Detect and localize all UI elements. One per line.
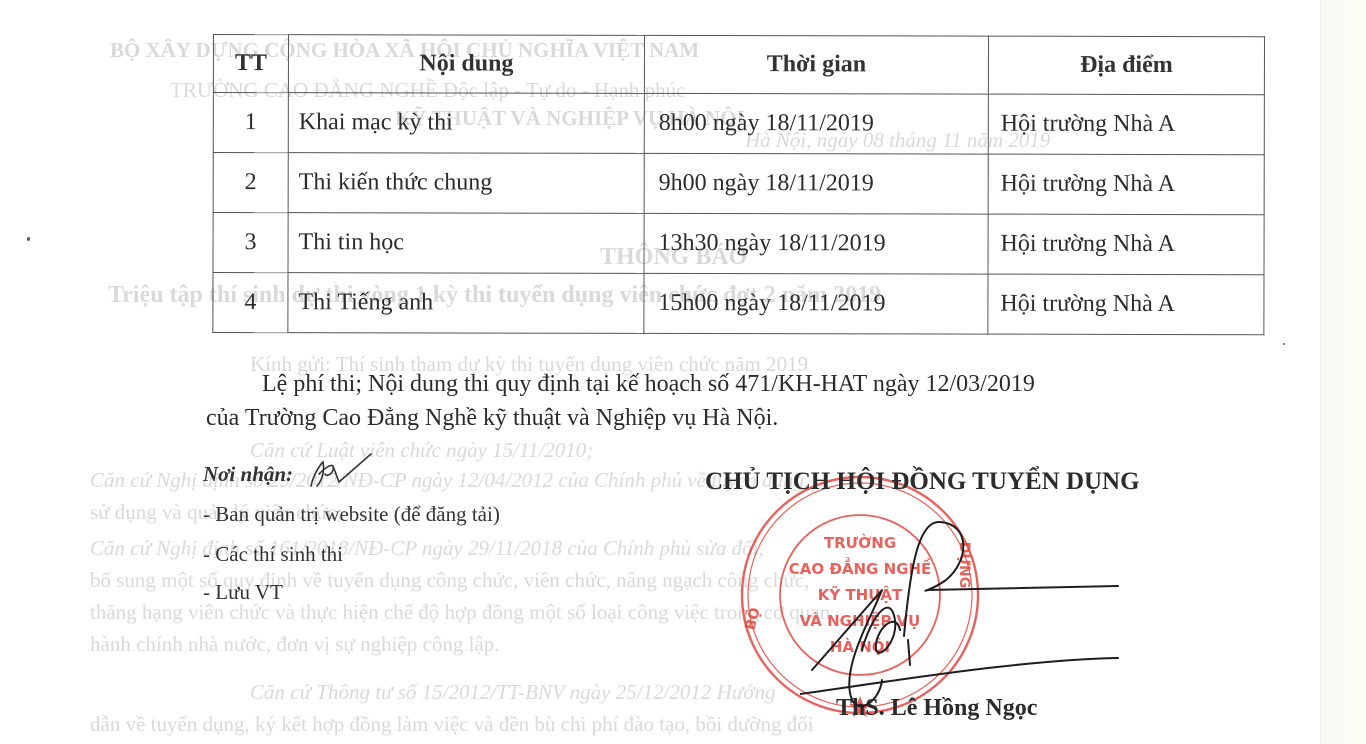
recipient-item: - Ban quản trị website (để đăng tải) xyxy=(203,502,500,527)
table-row: 1 Khai mạc kỳ thi 8h00 ngày 18/11/2019 H… xyxy=(213,93,1264,155)
cell-location: Hội trường Nhà A xyxy=(988,214,1264,275)
cell-time: 8h00 ngày 18/11/2019 xyxy=(644,93,988,154)
cell-location: Hội trường Nhà A xyxy=(988,94,1264,155)
cell-tt: 1 xyxy=(213,93,288,153)
table-header-row: TT Nội dung Thời gian Địa điểm xyxy=(213,35,1264,95)
ghost-line: hành chính nhà nước, đơn vị sự nghiệp cô… xyxy=(90,632,499,657)
recipient-item: - Lưu VT xyxy=(203,580,283,605)
scan-edge-strip xyxy=(1320,0,1366,744)
cell-tt: 3 xyxy=(213,213,288,273)
table-row: 3 Thi tin học 13h30 ngày 18/11/2019 Hội … xyxy=(213,213,1264,275)
header-content: Nội dung xyxy=(288,35,644,94)
cell-time: 9h00 ngày 18/11/2019 xyxy=(644,153,988,214)
cell-content: Thi tin học xyxy=(288,213,644,274)
cell-tt: 2 xyxy=(213,153,288,213)
ghost-line: Căn cứ Nghị định số 29/2012/NĐ-CP ngày 1… xyxy=(90,468,809,493)
table-row: 2 Thi kiến thức chung 9h00 ngày 18/11/20… xyxy=(213,153,1264,215)
ghost-line: dẫn về tuyển dụng, ký kết hợp đồng làm v… xyxy=(90,712,814,737)
scan-speck xyxy=(27,237,30,241)
cell-content: Thi Tiếng anh xyxy=(288,273,644,334)
header-location: Địa điểm xyxy=(988,36,1264,95)
signer-title: CHỦ TỊCH HỘI ĐỒNG TUYỂN DỤNG xyxy=(705,468,1140,496)
recipients-title: Nơi nhận: xyxy=(203,462,293,487)
initials-mark-icon xyxy=(305,452,375,492)
cell-location: Hội trường Nhà A xyxy=(988,154,1264,215)
fee-note-line-1: Lệ phí thi; Nội dung thi quy định tại kế… xyxy=(262,371,1035,398)
recipient-item: - Các thí sinh thi xyxy=(203,542,343,567)
table-row: 4 Thi Tiếng anh 15h00 ngày 18/11/2019 Hộ… xyxy=(213,273,1264,335)
cell-tt: 4 xyxy=(213,273,288,333)
cell-content: Khai mạc kỳ thi xyxy=(288,93,644,154)
ghost-line: thăng hạng viên chức và thực hiện chế độ… xyxy=(90,600,830,625)
cell-content: Thi kiến thức chung xyxy=(288,153,644,214)
cell-time: 15h00 ngày 18/11/2019 xyxy=(644,273,988,334)
ghost-line: Căn cứ Luật viên chức ngày 15/11/2010; xyxy=(250,438,593,463)
header-tt: TT xyxy=(213,35,288,93)
fee-note-line-2: của Trường Cao Đẳng Nghề kỹ thuật và Ngh… xyxy=(206,405,778,432)
scan-speck xyxy=(1283,343,1285,345)
ghost-line: Căn cứ Nghị định số 161/2018/NĐ-CP ngày … xyxy=(90,536,764,561)
ghost-line: Căn cứ Thông tư số 15/2012/TT-BNV ngày 2… xyxy=(250,680,775,705)
header-time: Thời gian xyxy=(644,35,988,94)
exam-schedule-table: TT Nội dung Thời gian Địa điểm 1 Khai mạ… xyxy=(212,34,1265,335)
cell-time: 13h30 ngày 18/11/2019 xyxy=(644,213,988,274)
cell-location: Hội trường Nhà A xyxy=(988,274,1264,335)
ghost-line: bổ sung một số quy định về tuyển dụng cô… xyxy=(90,568,809,593)
handwritten-signature-icon xyxy=(800,510,1200,710)
